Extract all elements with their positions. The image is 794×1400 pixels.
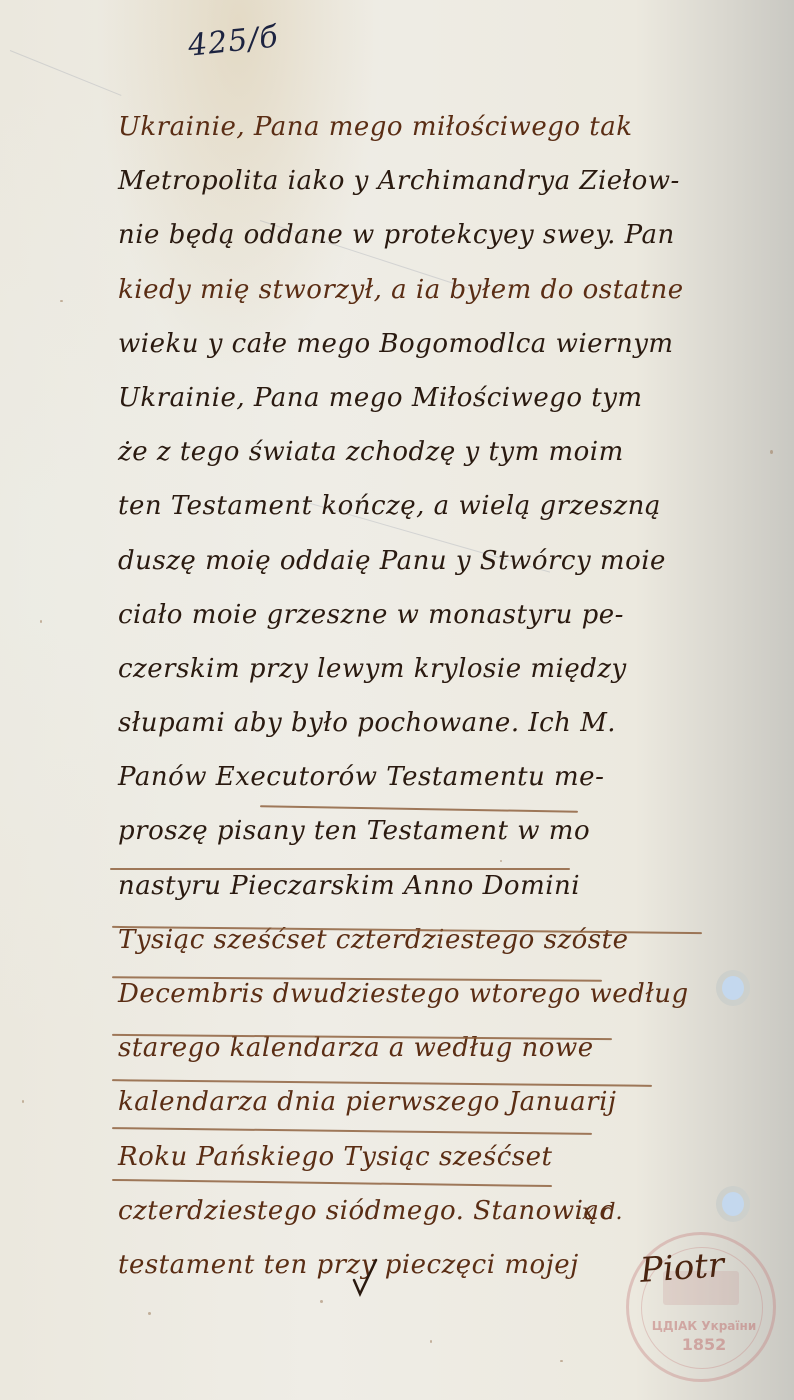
text-line: proszę pisany ten Testament w mo [118,804,758,858]
stamp-archive-name: ЦДІАК України [629,1319,779,1333]
paper-speck [560,1360,563,1362]
text-line: nastyru Pieczarskim Anno Domini [118,859,758,913]
text-line: czerskim przy lewym krylosie między [118,642,758,696]
marginal-annotation: x d. [582,1200,622,1225]
binding-hole [716,970,750,1006]
text-line: Ukrainie, Pana mego Miłościwego tym [118,371,758,425]
text-line: wieku y całe mego Bogomodlca wiernym [118,317,758,371]
paper-speck [40,620,42,623]
text-line: nie będą oddane w protekcyey swey. Pan [118,208,758,262]
binding-hole [716,1186,750,1222]
text-line: ciało moie grzeszne w monastyru pe- [118,588,758,642]
paper-speck [430,1340,432,1343]
text-line: słupami aby było pochowane. Ich M. [118,696,758,750]
text-line: czterdziestego siódmego. Stanowiąc [118,1184,758,1238]
stamp-year: 1852 [629,1335,779,1354]
checkmark-icon [352,1258,378,1298]
text-line: duszę moię oddaię Panu y Stwórcy moie [118,534,758,588]
manuscript-page: 425/б Ukrainie, Pana mego miłościwego ta… [0,0,794,1400]
manuscript-text: Ukrainie, Pana mego miłościwego tak Metr… [118,100,758,1292]
text-line: ten Testament kończę, a wielą grzeszną [118,479,758,533]
text-line: że z tego świata zchodzę y tym moim [118,425,758,479]
text-line: Decembris dwudziestego wtorego według [118,967,758,1021]
ink-rule [110,868,570,870]
paper-speck [60,300,63,302]
fold-line [10,50,122,96]
paper-speck [320,1300,323,1303]
text-line: Panów Executorów Testamentu me- [118,750,758,804]
archive-number: 425/б [186,19,280,63]
paper-speck [22,1100,24,1103]
paper-speck [770,450,773,454]
signature: Piotr [639,1245,726,1291]
text-line: Tysiąc sześćset czterdziestego szóste [118,913,758,967]
text-line: Metropolita iako y Archimandrya Ziełow- [118,154,758,208]
text-line: Ukrainie, Pana mego miłościwego tak [118,100,758,154]
text-line: Roku Pańskiego Tysiąc sześćset [118,1130,758,1184]
text-line: starego kalendarza a według nowe [118,1021,758,1075]
text-line: kiedy mię stworzył, a ia byłem do ostatn… [118,263,758,317]
paper-speck [148,1312,151,1315]
